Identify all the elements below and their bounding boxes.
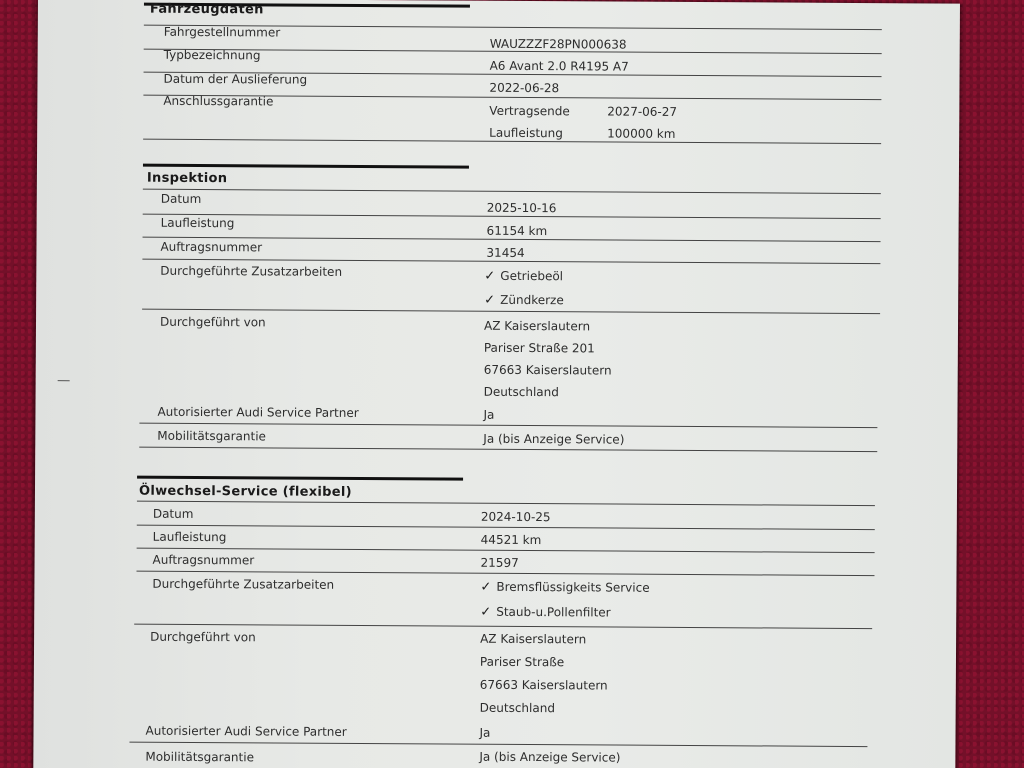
check-item-label: Getriebeöl xyxy=(500,269,563,283)
value-auslieferung: 2022-06-28 xyxy=(489,81,559,95)
label-durchgefuehrt-von: Durchgeführt von xyxy=(160,315,266,330)
address-line: 67663 Kaiserslautern xyxy=(484,363,612,378)
address-line: Deutschland xyxy=(480,701,555,715)
value-datum: 2025-10-16 xyxy=(487,201,557,215)
value-laufleistung: 44521 km xyxy=(481,533,542,547)
label-auftragsnummer: Auftragsnummer xyxy=(160,240,262,255)
check-item-label: Zündkerze xyxy=(500,293,564,307)
section-fahrzeugdaten: Fahrzeugdaten Fahrgestellnummer WAUZZZF2… xyxy=(38,0,960,4)
value-mobilitaetsgarantie: Ja (bis Anzeige Service) xyxy=(483,432,624,447)
section-bar xyxy=(137,476,463,481)
divider xyxy=(139,423,877,429)
section-title: Inspektion xyxy=(147,171,228,186)
address-line: Deutschland xyxy=(484,385,559,399)
divider xyxy=(129,742,867,748)
label-datum: Datum xyxy=(153,507,194,521)
value-typbezeichnung: A6 Avant 2.0 R4195 A7 xyxy=(490,59,629,74)
label-anschlussgarantie: Anschlussgarantie xyxy=(163,94,273,109)
section-title: Ölwechsel-Service (flexibel) xyxy=(139,484,352,500)
divider xyxy=(134,624,872,630)
checkmark-icon: ✓ xyxy=(480,580,496,595)
label-service-partner: Autorisierter Audi Service Partner xyxy=(157,405,358,420)
divider xyxy=(137,548,875,554)
fold-mark xyxy=(58,380,70,381)
check-item-label: Staub-u.Pollenfilter xyxy=(496,605,610,620)
address-line: Pariser Straße 201 xyxy=(484,341,595,356)
label-auslieferung: Datum der Auslieferung xyxy=(163,72,307,87)
section-bar xyxy=(143,164,469,169)
value-fahrgestellnummer: WAUZZZF28PN000638 xyxy=(490,37,627,52)
label-mobilitaetsgarantie: Mobilitätsgarantie xyxy=(157,429,266,444)
value-service-partner: Ja xyxy=(483,408,494,422)
address-line: AZ Kaiserslautern xyxy=(484,319,590,334)
divider xyxy=(137,501,875,507)
address-line: 67663 Kaiserslautern xyxy=(480,678,608,693)
section-title: Fahrzeugdaten xyxy=(150,2,264,18)
divider xyxy=(142,309,880,315)
divider xyxy=(143,189,881,195)
checkmark-icon: ✓ xyxy=(484,269,500,284)
check-item: ✓Staub-u.Pollenfilter xyxy=(480,605,610,621)
checkmark-icon: ✓ xyxy=(480,605,496,620)
label-fahrgestellnummer: Fahrgestellnummer xyxy=(164,25,280,40)
label-zusatzarbeiten: Durchgeführte Zusatzarbeiten xyxy=(152,577,334,592)
check-item-label: Bremsflüssigkeits Service xyxy=(496,580,649,595)
label-laufleistung-garantie: Laufleistung xyxy=(489,126,563,140)
service-record-paper: Fahrzeugdaten Fahrgestellnummer WAUZZZF2… xyxy=(33,0,960,768)
divider xyxy=(137,525,875,531)
value-datum: 2024-10-25 xyxy=(481,510,551,524)
address-line: AZ Kaiserslautern xyxy=(480,632,586,647)
value-vertragsende: 2027-06-27 xyxy=(607,104,677,118)
value-mobilitaetsgarantie: Ja (bis Anzeige Service) xyxy=(479,750,620,765)
checkmark-icon: ✓ xyxy=(484,293,500,308)
label-auftragsnummer: Auftragsnummer xyxy=(153,553,255,568)
value-service-partner: Ja xyxy=(479,726,490,740)
label-datum: Datum xyxy=(161,192,202,206)
value-laufleistung-garantie: 100000 km xyxy=(607,126,675,140)
value-auftragsnummer: 21597 xyxy=(481,556,519,570)
address-line: Pariser Straße xyxy=(480,655,564,670)
label-durchgefuehrt-von: Durchgeführt von xyxy=(150,630,256,645)
label-mobilitaetsgarantie: Mobilitätsgarantie xyxy=(145,750,254,765)
label-zusatzarbeiten: Durchgeführte Zusatzarbeiten xyxy=(160,264,342,279)
value-laufleistung: 61154 km xyxy=(487,224,548,238)
check-item: ✓Bremsflüssigkeits Service xyxy=(480,580,649,596)
divider xyxy=(139,447,877,453)
check-item: ✓Zündkerze xyxy=(484,293,564,308)
label-vertragsende: Vertragsende xyxy=(489,104,570,118)
value-auftragsnummer: 31454 xyxy=(486,246,524,260)
divider xyxy=(136,571,874,577)
label-service-partner: Autorisierter Audi Service Partner xyxy=(145,724,346,739)
label-laufleistung: Laufleistung xyxy=(161,216,235,230)
label-laufleistung: Laufleistung xyxy=(153,530,227,544)
label-typbezeichnung: Typbezeichnung xyxy=(164,48,261,63)
check-item: ✓Getriebeöl xyxy=(484,269,563,284)
